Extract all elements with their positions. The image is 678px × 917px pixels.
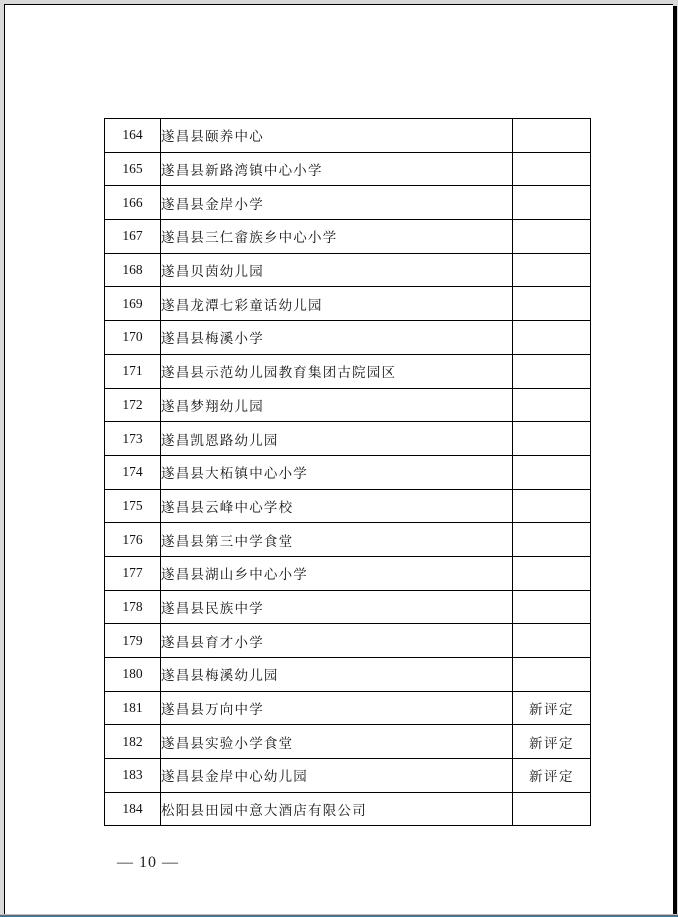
row-number: 170 — [105, 321, 161, 355]
row-note — [513, 658, 591, 692]
institution-name: 遂昌贝茵幼儿园 — [161, 253, 513, 287]
row-number: 165 — [105, 152, 161, 186]
table-row: 184松阳县田园中意大酒店有限公司 — [105, 792, 591, 826]
table-row: 180遂昌县梅溪幼儿园 — [105, 658, 591, 692]
table-row: 166遂昌县金岸小学 — [105, 186, 591, 220]
row-note — [513, 186, 591, 220]
row-note — [513, 354, 591, 388]
institution-name: 遂昌凯恩路幼儿园 — [161, 422, 513, 456]
institution-name: 遂昌县云峰中心学校 — [161, 489, 513, 523]
row-note — [513, 455, 591, 489]
table-row: 181遂昌县万向中学新评定 — [105, 691, 591, 725]
table-row: 177遂昌县湖山乡中心小学 — [105, 556, 591, 590]
institution-name: 遂昌县梅溪小学 — [161, 321, 513, 355]
row-number: 182 — [105, 725, 161, 759]
institution-table: 164遂昌县颐养中心 165遂昌县新路湾镇中心小学 166遂昌县金岸小学 167… — [104, 118, 591, 826]
institution-name: 遂昌龙潭七彩童话幼儿园 — [161, 287, 513, 321]
table-row: 170遂昌县梅溪小学 — [105, 321, 591, 355]
institution-name: 遂昌县实验小学食堂 — [161, 725, 513, 759]
institution-name: 松阳县田园中意大酒店有限公司 — [161, 792, 513, 826]
institution-name: 遂昌县金岸中心幼儿园 — [161, 759, 513, 793]
row-note — [513, 489, 591, 523]
institution-name: 遂昌县育才小学 — [161, 624, 513, 658]
table-row: 173遂昌凯恩路幼儿园 — [105, 422, 591, 456]
table-row: 179遂昌县育才小学 — [105, 624, 591, 658]
row-number: 167 — [105, 220, 161, 254]
table-row: 174遂昌县大柘镇中心小学 — [105, 455, 591, 489]
institution-name: 遂昌县示范幼儿园教育集团古院园区 — [161, 354, 513, 388]
table-row: 182遂昌县实验小学食堂新评定 — [105, 725, 591, 759]
row-note — [513, 220, 591, 254]
row-number: 183 — [105, 759, 161, 793]
row-note — [513, 792, 591, 826]
row-number: 181 — [105, 691, 161, 725]
document-page: 164遂昌县颐养中心 165遂昌县新路湾镇中心小学 166遂昌县金岸小学 167… — [4, 4, 673, 914]
institution-name: 遂昌县梅溪幼儿园 — [161, 658, 513, 692]
row-number: 168 — [105, 253, 161, 287]
row-number: 180 — [105, 658, 161, 692]
table-row: 172遂昌梦翔幼儿园 — [105, 388, 591, 422]
row-note — [513, 523, 591, 557]
row-note — [513, 388, 591, 422]
table-row: 178遂昌县民族中学 — [105, 590, 591, 624]
institution-name: 遂昌县万向中学 — [161, 691, 513, 725]
row-number: 174 — [105, 455, 161, 489]
table-row: 183遂昌县金岸中心幼儿园新评定 — [105, 759, 591, 793]
row-note — [513, 253, 591, 287]
row-note — [513, 590, 591, 624]
row-number: 166 — [105, 186, 161, 220]
row-number: 175 — [105, 489, 161, 523]
page-shadow — [673, 6, 677, 914]
institution-name: 遂昌县第三中学食堂 — [161, 523, 513, 557]
row-note — [513, 119, 591, 153]
row-number: 177 — [105, 556, 161, 590]
row-note — [513, 556, 591, 590]
institution-name: 遂昌县湖山乡中心小学 — [161, 556, 513, 590]
table-row: 175遂昌县云峰中心学校 — [105, 489, 591, 523]
institution-name: 遂昌县三仁畲族乡中心小学 — [161, 220, 513, 254]
table-row: 165遂昌县新路湾镇中心小学 — [105, 152, 591, 186]
row-note — [513, 321, 591, 355]
institution-name: 遂昌县民族中学 — [161, 590, 513, 624]
row-note: 新评定 — [513, 759, 591, 793]
table-row: 176遂昌县第三中学食堂 — [105, 523, 591, 557]
row-note — [513, 624, 591, 658]
row-number: 172 — [105, 388, 161, 422]
row-number: 178 — [105, 590, 161, 624]
row-number: 179 — [105, 624, 161, 658]
row-note — [513, 287, 591, 321]
row-note — [513, 152, 591, 186]
row-note: 新评定 — [513, 725, 591, 759]
institution-name: 遂昌梦翔幼儿园 — [161, 388, 513, 422]
row-note: 新评定 — [513, 691, 591, 725]
institution-name: 遂昌县大柘镇中心小学 — [161, 455, 513, 489]
institution-name: 遂昌县颐养中心 — [161, 119, 513, 153]
row-number: 171 — [105, 354, 161, 388]
table-row: 167遂昌县三仁畲族乡中心小学 — [105, 220, 591, 254]
page-number: — 10 — — [117, 854, 179, 872]
row-number: 184 — [105, 792, 161, 826]
row-number: 169 — [105, 287, 161, 321]
row-number: 164 — [105, 119, 161, 153]
row-number: 173 — [105, 422, 161, 456]
institution-name: 遂昌县金岸小学 — [161, 186, 513, 220]
table-row: 164遂昌县颐养中心 — [105, 119, 591, 153]
row-note — [513, 422, 591, 456]
institution-name: 遂昌县新路湾镇中心小学 — [161, 152, 513, 186]
table-row: 169遂昌龙潭七彩童话幼儿园 — [105, 287, 591, 321]
table-row: 171遂昌县示范幼儿园教育集团古院园区 — [105, 354, 591, 388]
table-row: 168遂昌贝茵幼儿园 — [105, 253, 591, 287]
row-number: 176 — [105, 523, 161, 557]
